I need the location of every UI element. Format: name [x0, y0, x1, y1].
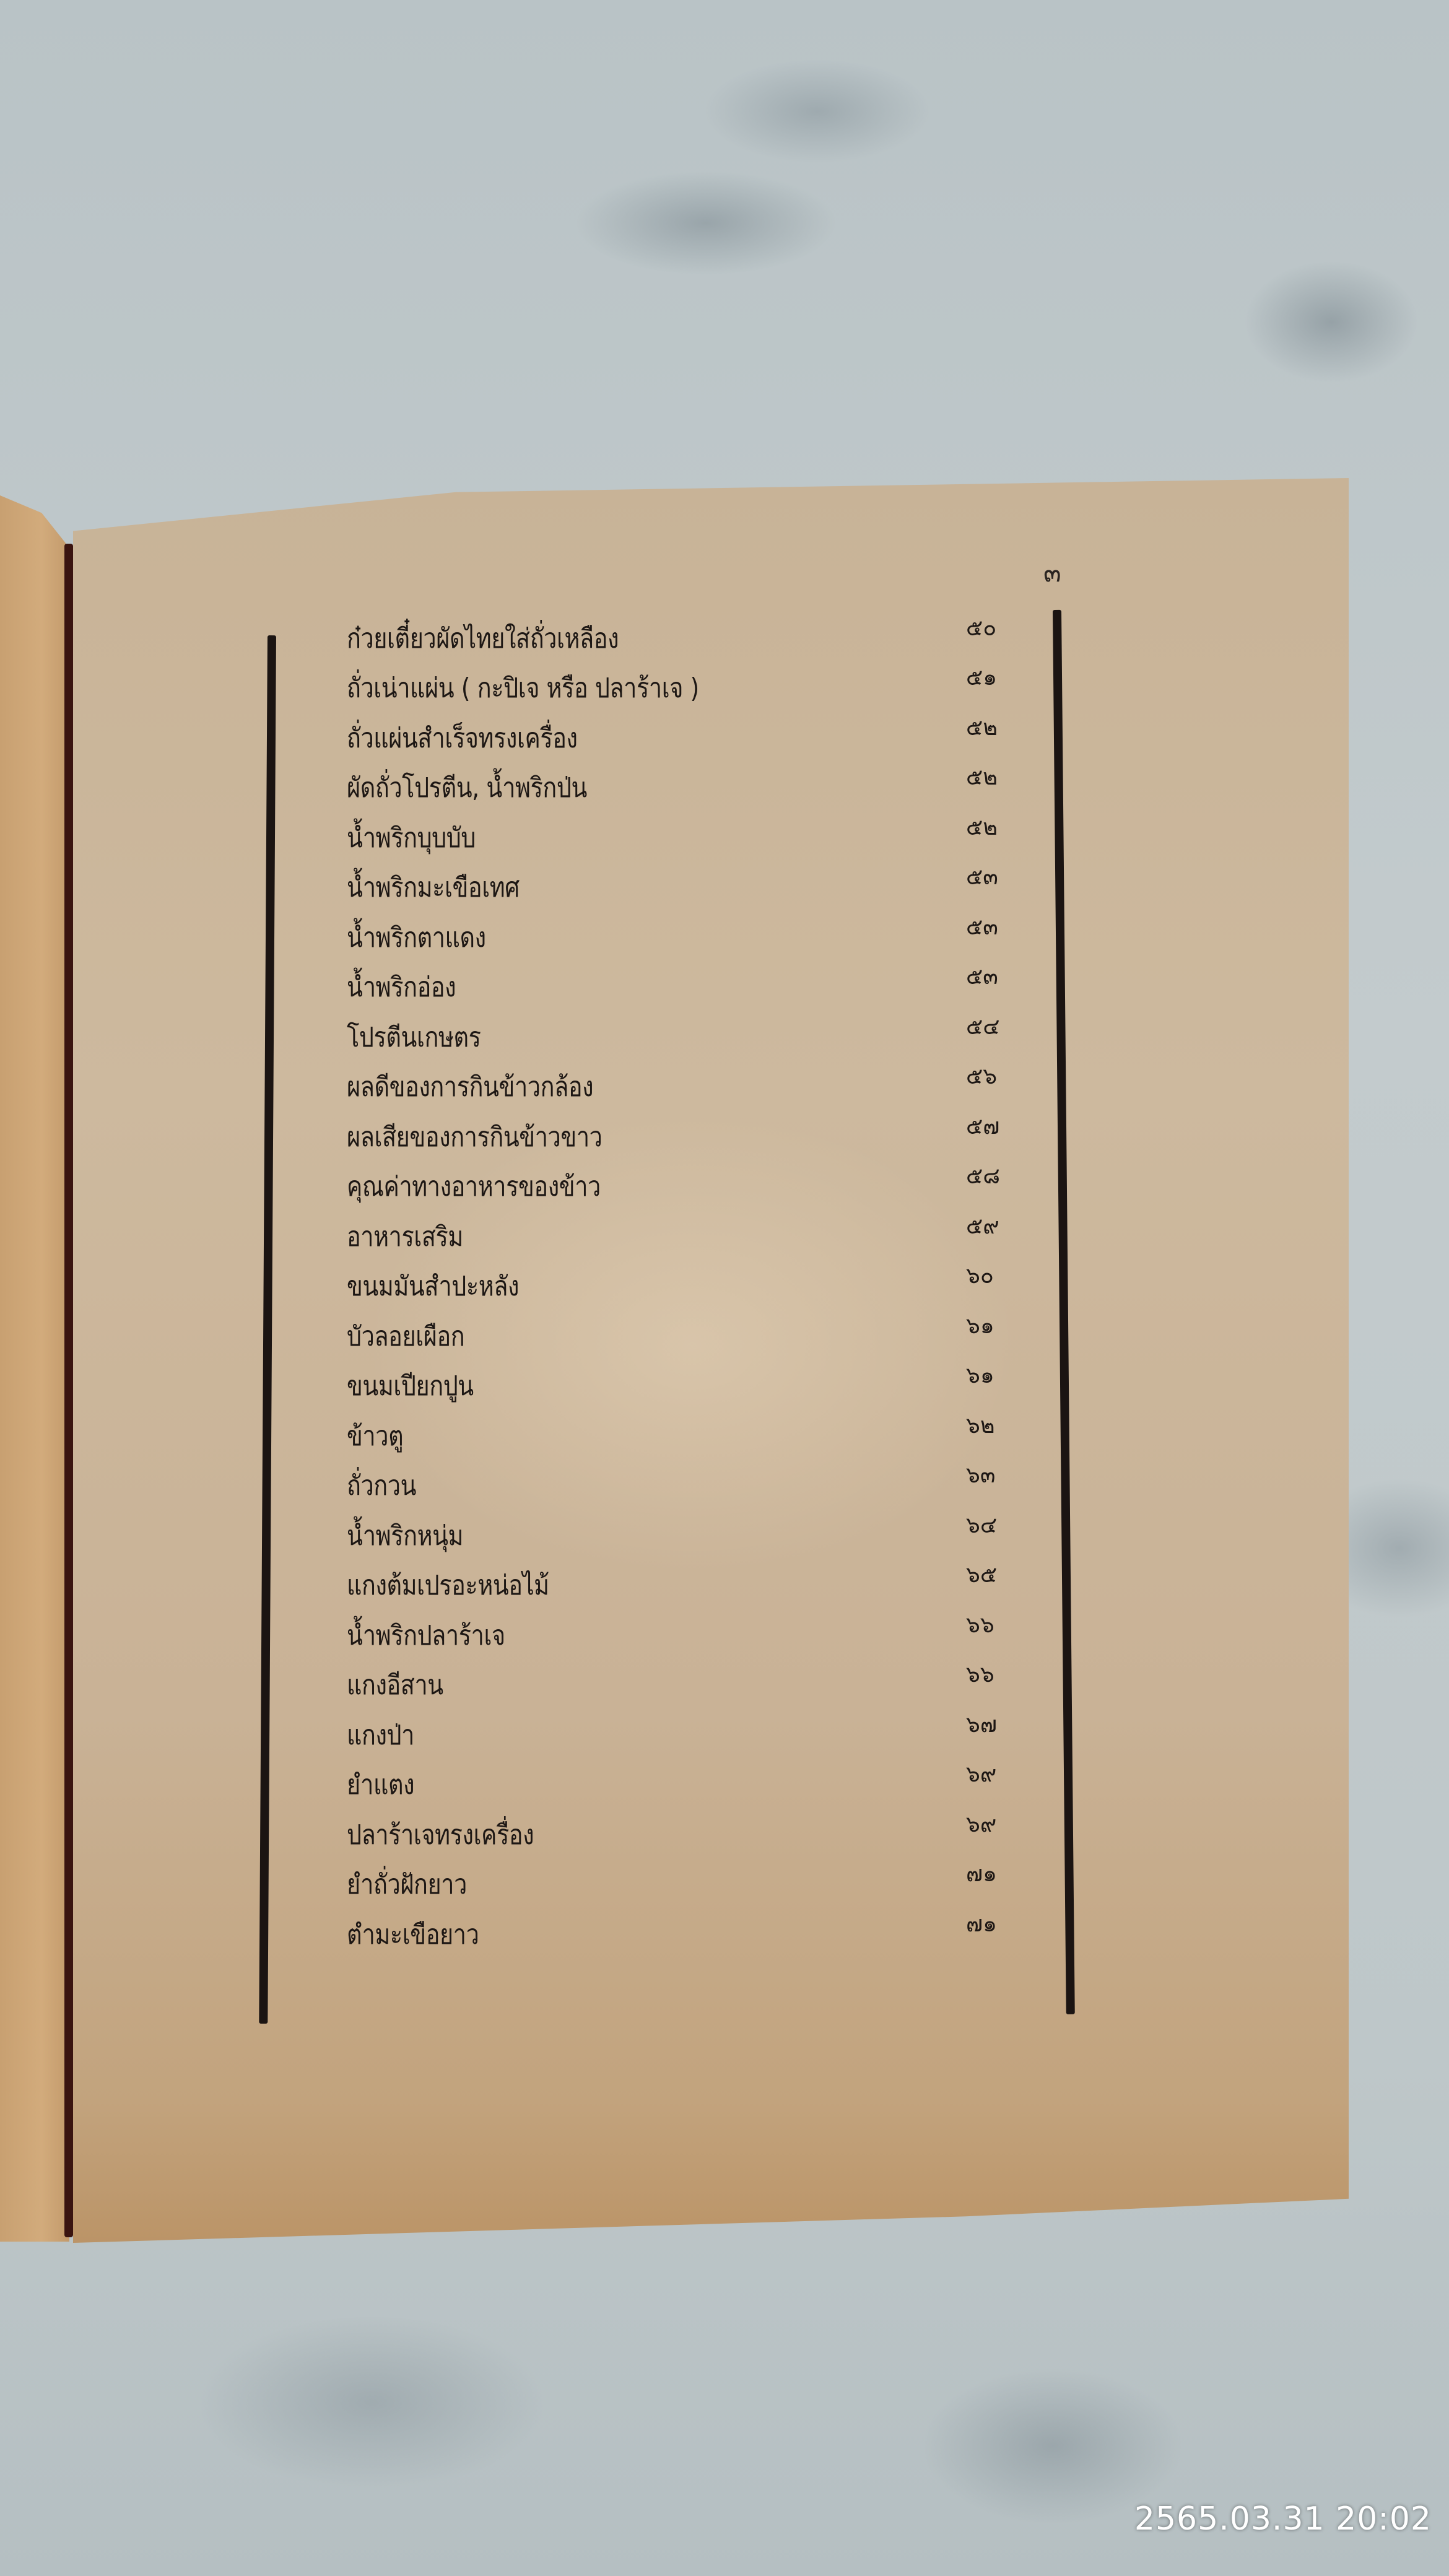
toc-entry-title: น้ำพริกมะเขือเทศ	[347, 866, 520, 909]
toc-entry-title: โปรตีนเกษตร	[347, 1016, 481, 1059]
toc-entry: น้ำพริกมะเขือเทศ๕๓	[347, 859, 1115, 910]
toc-entry-title: ผลดีของการกินข้าวกล้อง	[347, 1065, 593, 1108]
toc-entry-page: ๗๑	[966, 1856, 997, 1891]
page-number: ๓	[1043, 552, 1061, 593]
toc-entry-page: ๖๙	[966, 1806, 996, 1842]
toc-entry: ตำมะเขือยาว๗๑	[347, 1906, 1115, 1956]
toc-entry-page: ๗๑	[966, 1906, 997, 1941]
toc-entry-title: ถั่วเน่าแผ่น ( กะปิเจ หรือ ปลาร้าเจ )	[347, 666, 699, 710]
toc-entry-title: ตำมะเขือยาว	[347, 1913, 479, 1956]
toc-entry: น้ำพริกปลาร้าเจ๖๖	[347, 1607, 1115, 1657]
toc-entry-title: คุณค่าทางอาหารของข้าว	[347, 1165, 601, 1208]
photo-timestamp: 2565.03.31 20:02	[1134, 2500, 1432, 2538]
toc-entry: บัวลอยเผือก๖๑	[347, 1308, 1115, 1358]
toc-entry: ยำถั่วฝักยาว๗๑	[347, 1856, 1115, 1907]
toc-entry-page: ๖๙	[966, 1756, 996, 1791]
toc-entry-page: ๖๑	[966, 1357, 994, 1393]
toc-entry-page: ๖๑	[966, 1308, 994, 1343]
toc-entry: ขนมเปียกปูน๖๑	[347, 1358, 1115, 1408]
toc-entry-title: ถั่วแผ่นสำเร็จทรงเครื่อง	[347, 716, 578, 760]
toc-entry-title: ข้าวตู	[347, 1414, 403, 1458]
toc-entry-title: น้ำพริกหนุ่ม	[347, 1514, 463, 1557]
toc-entry: น้ำพริกบุบบับ๕๒	[347, 809, 1115, 859]
toc-entry-title: น้ำพริกปลาร้าเจ	[347, 1614, 505, 1657]
toc-entry-title: ปลาร้าเจทรงเครื่อง	[347, 1813, 534, 1856]
toc-entry-page: ๕๒	[966, 809, 998, 845]
toc-entry: น้ำพริกหนุ่ม๖๔	[347, 1507, 1115, 1557]
book-spine	[64, 544, 73, 2237]
toc-entry-page: ๕๘	[966, 1158, 1000, 1193]
toc-entry-title: อาหารเสริม	[347, 1215, 463, 1258]
toc-entry: โปรตีนเกษตร๕๔	[347, 1009, 1115, 1059]
toc-entry: น้ำพริกอ่อง๕๓	[347, 959, 1115, 1009]
toc-entry: ยำแตง๖๙	[347, 1757, 1115, 1807]
toc-entry: อาหารเสริม๕๙	[347, 1208, 1115, 1258]
toc-entry: ผัดถั่วโปรตีน, น้ำพริกป่น๕๒	[347, 760, 1115, 810]
toc-entry: ก๋วยเตี๋ยวผัดไทยใส่ถั่วเหลือง๕๐	[347, 610, 1115, 660]
toc-entry-page: ๖๒	[966, 1408, 995, 1443]
toc-entry-title: แกงอีสาน	[347, 1663, 443, 1707]
toc-entry-title: ผลเสียของการกินข้าวขาว	[347, 1115, 602, 1159]
toc-entry: แกงอีสาน๖๖	[347, 1657, 1115, 1707]
toc-entry: น้ำพริกตาแดง๕๓	[347, 909, 1115, 959]
toc-entry-page: ๖๖	[966, 1607, 994, 1642]
toc-entry-title: แกงป่า	[347, 1713, 414, 1757]
toc-entry-page: ๕๓	[966, 859, 998, 894]
toc-entry-title: ขนมมันสำปะหลัง	[347, 1264, 519, 1308]
toc-entry-page: ๕๔	[966, 1009, 1000, 1044]
toc-entry-page: ๖๐	[966, 1258, 994, 1293]
toc-entry-title: น้ำพริกบุบบับ	[347, 816, 476, 859]
toc-entry-title: แกงต้มเปรอะหน่อไม้	[347, 1564, 549, 1607]
toc-entry: ปลาร้าเจทรงเครื่อง๖๙	[347, 1806, 1115, 1856]
toc-entry-page: ๖๕	[966, 1557, 997, 1592]
toc-entry: ผลเสียของการกินข้าวขาว๕๗	[347, 1108, 1115, 1159]
toc-entry-page: ๕๓	[966, 959, 998, 994]
toc-entry-title: น้ำพริกตาแดง	[347, 916, 486, 959]
toc-entry-page: ๕๐	[966, 610, 996, 645]
toc-entry-page: ๖๗	[966, 1707, 997, 1742]
toc-entry-page: ๖๓	[966, 1457, 995, 1492]
toc-entry: ขนมมันสำปะหลัง๖๐	[347, 1258, 1115, 1308]
toc-entry-page: ๕๒	[966, 759, 998, 794]
toc-entry: ถั่วแผ่นสำเร็จทรงเครื่อง๕๒	[347, 710, 1115, 760]
toc-entry-title: ก๋วยเตี๋ยวผัดไทยใส่ถั่วเหลือง	[347, 617, 619, 660]
toc-entry-title: ขนมเปียกปูน	[347, 1364, 474, 1408]
toc-entry-page: ๕๑	[966, 659, 997, 695]
toc-entry-page: ๕๙	[966, 1208, 999, 1243]
toc-entry-page: ๕๓	[966, 909, 998, 944]
toc-entry-title: ถั่วกวน	[347, 1464, 416, 1507]
toc-entry: ถั่วกวน๖๓	[347, 1458, 1115, 1508]
toc-entry: แกงต้มเปรอะหน่อไม้๖๕	[347, 1557, 1115, 1608]
toc-entry: คุณค่าทางอาหารของข้าว๕๘	[347, 1159, 1115, 1209]
toc-entry-page: ๕๖	[966, 1058, 997, 1094]
toc-entry: ผลดีของการกินข้าวกล้อง๕๖	[347, 1059, 1115, 1109]
toc-entry: ข้าวตู๖๒	[347, 1408, 1115, 1458]
toc-entry-title: บัวลอยเผือก	[347, 1315, 464, 1358]
table-of-contents: ก๋วยเตี๋ยวผัดไทยใส่ถั่วเหลือง๕๐ ถั่วเน่า…	[347, 610, 1115, 1956]
toc-entry-title: ยำถั่วฝักยาว	[347, 1863, 467, 1906]
toc-entry-page: ๕๗	[966, 1108, 999, 1144]
toc-entry-title: น้ำพริกอ่อง	[347, 965, 456, 1009]
toc-entry: แกงป่า๖๗	[347, 1707, 1115, 1757]
left-page-edge	[0, 495, 69, 2242]
toc-entry-page: ๖๖	[966, 1656, 994, 1692]
toc-entry: ถั่วเน่าแผ่น ( กะปิเจ หรือ ปลาร้าเจ )๕๑	[347, 660, 1115, 710]
toc-entry-title: ผัดถั่วโปรตีน, น้ำพริกป่น	[347, 766, 587, 809]
toc-entry-page: ๖๔	[966, 1507, 997, 1543]
toc-entry-page: ๕๒	[966, 710, 998, 745]
toc-entry-title: ยำแตง	[347, 1763, 414, 1806]
